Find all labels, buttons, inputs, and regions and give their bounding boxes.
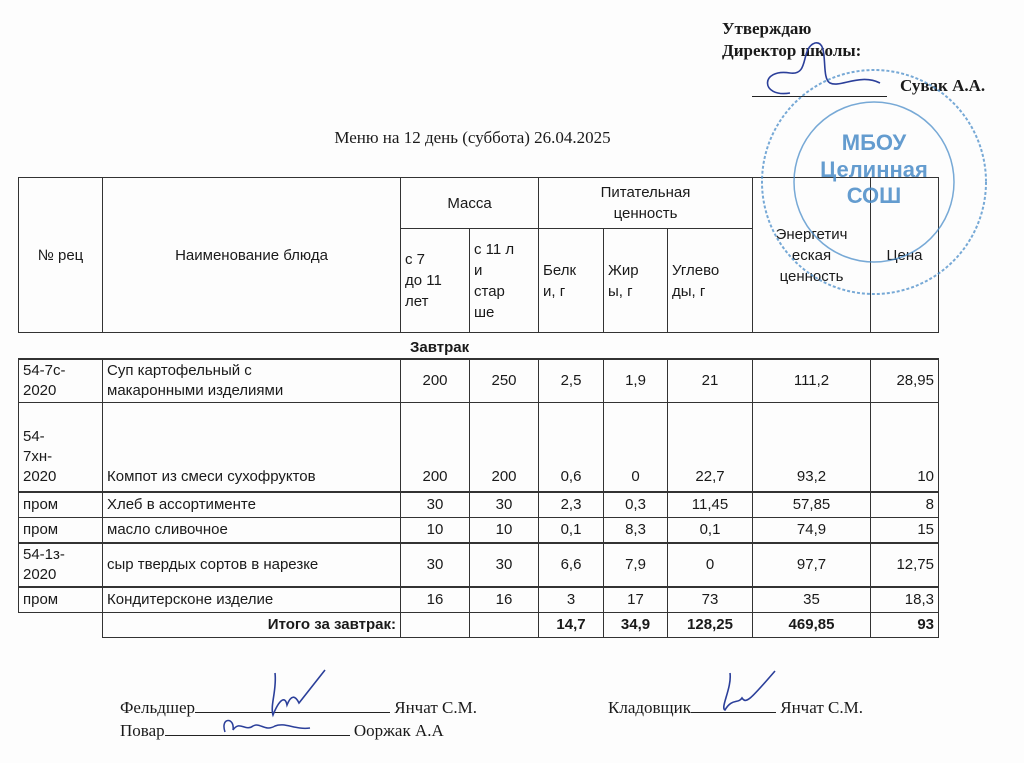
approval-heading: Утверждаю (722, 18, 861, 40)
storekeeper-signature: Кладовщик Янчат С.М. (608, 698, 863, 718)
approval-position: Директор школы: (722, 40, 861, 62)
total-carbs: 128,25 (668, 613, 753, 638)
header-nutrition: Питательная ценность (539, 178, 753, 229)
paramedic-sign-line (195, 698, 390, 713)
cell-recipe: пром (19, 587, 103, 613)
cell-energy: 74,9 (753, 518, 871, 544)
cell-carbs: 0,1 (668, 518, 753, 544)
cell-mass-7-11: 30 (401, 492, 470, 518)
cell-recipe: пром (19, 518, 103, 544)
header-carbs: Углеводы, г (668, 229, 753, 333)
header-price: Цена (871, 178, 939, 333)
cell-protein: 0,6 (539, 403, 604, 493)
table-row: 54-1з-2020сыр твердых сортов в нарезке30… (19, 543, 939, 587)
cell-price: 8 (871, 492, 939, 518)
cell-price: 15 (871, 518, 939, 544)
cell-energy: 93,2 (753, 403, 871, 493)
total-row: Итого за завтрак: 14,7 34,9 128,25 469,8… (19, 613, 939, 638)
table-row: промХлеб в ассортименте30302,30,311,4557… (19, 492, 939, 518)
cell-price: 12,75 (871, 543, 939, 587)
cell-energy: 111,2 (753, 359, 871, 403)
header-fat: Жиры, г (604, 229, 668, 333)
cell-mass-11-plus: 200 (470, 403, 539, 493)
cell-energy: 35 (753, 587, 871, 613)
cell-mass-7-11: 10 (401, 518, 470, 544)
cell-carbs: 11,45 (668, 492, 753, 518)
cell-carbs: 21 (668, 359, 753, 403)
header-dish-name: Наименование блюда (103, 178, 401, 333)
cell-dish-name: Компот из смеси сухофруктов (103, 403, 401, 493)
cell-recipe: 54-1з-2020 (19, 543, 103, 587)
cell-energy: 57,85 (753, 492, 871, 518)
cell-carbs: 0 (668, 543, 753, 587)
cell-mass-11-plus: 10 (470, 518, 539, 544)
header-energy: Энергетич еская ценность (753, 178, 871, 333)
section-breakfast: Завтрак (410, 339, 469, 356)
cell-energy: 97,7 (753, 543, 871, 587)
header-recipe-no: № рец (19, 178, 103, 333)
cell-fat: 1,9 (604, 359, 668, 403)
cell-dish-name: Хлеб в ассортименте (103, 492, 401, 518)
director-name: Сувак А.А. (900, 76, 985, 96)
cell-fat: 8,3 (604, 518, 668, 544)
page-title: Меню на 12 день (суббота) 26.04.2025 (0, 128, 945, 148)
cell-price: 10 (871, 403, 939, 493)
header-mass-7-11: с 7до 11лет (401, 229, 470, 333)
cell-protein: 2,3 (539, 492, 604, 518)
cook-signature: Повар Ооржак А.А (120, 721, 444, 741)
cell-mass-11-plus: 16 (470, 587, 539, 613)
cell-mass-11-plus: 250 (470, 359, 539, 403)
table-row: проммасло сливочное10100,18,30,174,915 (19, 518, 939, 544)
cell-price: 18,3 (871, 587, 939, 613)
cell-protein: 2,5 (539, 359, 604, 403)
total-price: 93 (871, 613, 939, 638)
table-row: 54-7с-2020Суп картофельный смакаронными … (19, 359, 939, 403)
cell-protein: 6,6 (539, 543, 604, 587)
cell-dish-name: масло сливочное (103, 518, 401, 544)
approval-block: Утверждаю Директор школы: (722, 18, 861, 62)
cell-price: 28,95 (871, 359, 939, 403)
total-energy: 469,85 (753, 613, 871, 638)
cell-dish-name: Кондитерсконе изделие (103, 587, 401, 613)
cell-carbs: 73 (668, 587, 753, 613)
cell-fat: 0 (604, 403, 668, 493)
cell-protein: 0,1 (539, 518, 604, 544)
cell-mass-7-11: 30 (401, 543, 470, 587)
cell-mass-7-11: 200 (401, 403, 470, 493)
storekeeper-sign-line (691, 698, 776, 713)
cell-protein: 3 (539, 587, 604, 613)
cell-mass-11-plus: 30 (470, 543, 539, 587)
total-protein: 14,7 (539, 613, 604, 638)
cell-mass-7-11: 16 (401, 587, 470, 613)
cell-recipe: 54-7хн-2020 (19, 403, 103, 493)
table-row: промКондитерсконе изделие1616317733518,3 (19, 587, 939, 613)
total-fat: 34,9 (604, 613, 668, 638)
header-protein: Белки, г (539, 229, 604, 333)
menu-table-body: 54-7с-2020Суп картофельный смакаронными … (18, 358, 939, 638)
cell-fat: 7,9 (604, 543, 668, 587)
cell-fat: 0,3 (604, 492, 668, 518)
cell-recipe: пром (19, 492, 103, 518)
cell-mass-7-11: 200 (401, 359, 470, 403)
cell-carbs: 22,7 (668, 403, 753, 493)
cell-dish-name: Суп картофельный смакаронными изделиями (103, 359, 401, 403)
cell-mass-11-plus: 30 (470, 492, 539, 518)
cell-recipe: 54-7с-2020 (19, 359, 103, 403)
menu-table-header: № рец Наименование блюда Масса Питательн… (18, 177, 939, 333)
cell-dish-name: сыр твердых сортов в нарезке (103, 543, 401, 587)
cell-fat: 17 (604, 587, 668, 613)
table-row: 54-7хн-2020Компот из смеси сухофруктов20… (19, 403, 939, 493)
director-signature-line (752, 82, 887, 97)
cook-sign-line (165, 721, 350, 736)
total-label: Итого за завтрак: (103, 613, 401, 638)
header-mass-11-plus: с 11 листарше (470, 229, 539, 333)
paramedic-signature: Фельдшер Янчат С.М. (120, 698, 477, 718)
header-mass: Масса (401, 178, 539, 229)
